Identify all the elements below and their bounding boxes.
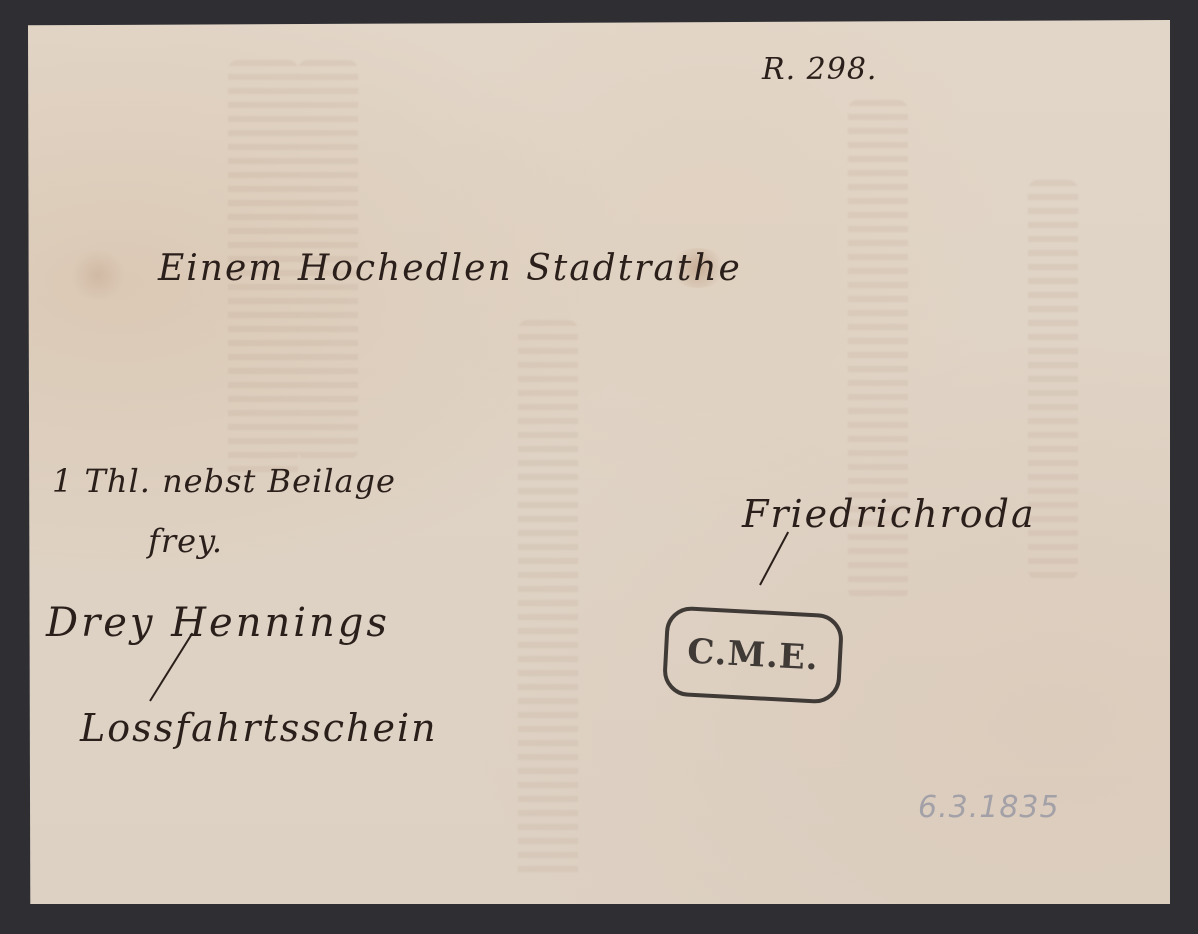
note-line-4: Lossfahrtsschein <box>80 706 438 750</box>
note-line-1: 1 Thl. nebst Beilage <box>52 462 396 500</box>
reference-number: R. 298. <box>762 52 877 87</box>
postmark-text: C.M.E. <box>686 632 819 679</box>
pencil-date: 6.3.1835 <box>918 790 1060 825</box>
show-through-text-column <box>518 320 578 880</box>
stain <box>68 250 128 300</box>
address-line: Einem Hochedlen Stadtrathe <box>158 248 742 289</box>
note-line-2: frey. <box>148 522 223 560</box>
destination-town: Friedrichroda <box>742 492 1036 536</box>
note-line-3: Drey Hennings <box>46 600 390 646</box>
postmark-stamp: C.M.E. <box>662 605 844 704</box>
